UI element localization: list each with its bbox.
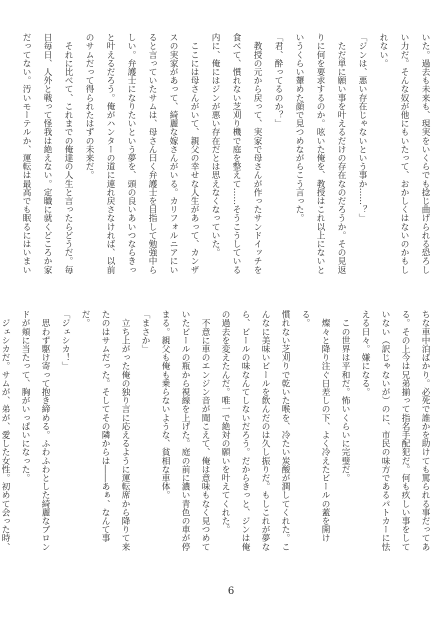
- text-line: 不意に車のエンジン音が聞こえて、俺は意味もなく見つめて: [195, 310, 215, 552]
- text-line: スの実家があって、綺麗な嫁さんがいる。カリフォルニアにい: [162, 33, 183, 275]
- text-line: だってない。汚いモーテルか、運転は最高でも眠るにはいまい: [15, 33, 36, 275]
- text-line: 思わず駆け寄って抱き締める。ふわふわとした綺麗なブロン: [35, 310, 55, 552]
- text-line: いない（訳じゃないが）のに、市民の味方であるパトカーに怯: [375, 310, 395, 552]
- text-line: 内に、俺にはジンが悪い存在だとは思えなくなっていた。: [204, 33, 225, 275]
- text-line: 立ち上がった俺の独り言に応えるように運転席から降りて来: [115, 310, 135, 552]
- text-line: える日々。嫌になる。: [355, 310, 375, 552]
- text-line: 食べて、慣れない芝刈り機で庭を整えて……そうこうしている: [225, 33, 246, 275]
- text-block-upper: いた。過去も未来も、現実をいくらでも捻じ曲げられる恐ろしい力だ。そんな奴が他にも…: [14, 33, 435, 275]
- text-line: んなに美味いビールを飲んだのは久し振りだ。もしこれが夢な: [255, 310, 275, 552]
- text-line: ここには母さんがいて、親父の幸せな人生があって、カンザ: [183, 33, 204, 275]
- text-line: まる。親父も俺も乗らないような、貧相な車体。: [155, 310, 175, 552]
- page-number: 6: [224, 586, 238, 597]
- text-line: 日毎日、人外と戦って怪我は絶えない。定職に就くどころか家: [36, 33, 57, 275]
- text-line: 「ジェシカ！」: [55, 310, 75, 552]
- text-line: 燦々と降り注ぐ日差しの下、よく冷えたビールの蓋を開ける。: [295, 310, 335, 552]
- text-line: ら、ビールの味なんてしないだろう。だからきっと、ジンは俺: [235, 310, 255, 552]
- text-line: の過去を変えたんだ。唯一で絶対の願いを叶えてくれた。: [215, 310, 235, 552]
- text-line: る。その上今は兄弟揃って指名手配犯だ。何も疚しい事をして: [395, 310, 415, 552]
- text-line: 「ジンは、悪い存在じゃないという事か……？」: [351, 33, 372, 275]
- text-line: ジェシカだ。サムが、弟が、愛した女性。初めて会った時、: [0, 310, 15, 552]
- text-line: ると言っていたサムは、母さん曰く弁護士を目指して勉強中ら: [141, 33, 162, 275]
- text-line: ただ単に願い事を叶えるだけの存在なのだろうか。その見返: [330, 33, 351, 275]
- text-line: ちな車中泊ばかり。必死で誰かを助けても罵られる事だってあ: [415, 310, 435, 552]
- text-line: りに何を要求するのか。呟いた俺を、教授はこれ以上にないと: [309, 33, 330, 275]
- text-line: 「君、酔ってるのか？」: [267, 33, 288, 275]
- book-page: いた。過去も未来も、現実をいくらでも捻じ曲げられる恐ろしい力だ。そんな奴が他にも…: [0, 0, 437, 620]
- text-line: たのはサムだった。そしてその隣からは――あぁ、なんて事だ。: [75, 310, 115, 552]
- text-line: それに比べて、これまでの俺達の人生と言ったらどうだ。毎: [57, 33, 78, 275]
- text-line: ドが頬に当たって、胸がいっぱいになった。: [15, 310, 35, 552]
- text-block-lower: ちな車中泊ばかり。必死で誰かを助けても罵られる事だってある。その上今は兄弟揃って…: [14, 310, 435, 552]
- text-line: 教授の元から戻って、実家で母さんが作ったサンドイッチを: [246, 33, 267, 275]
- text-line: と叶えるだろう。俺がハンターの道に連れ戻さなければ、以前: [99, 33, 120, 275]
- text-line: しい。弁護士になりたいという夢を、頭の良いあいつならきっ: [120, 33, 141, 275]
- text-line: いうくらい顰めた顔で見つめながらこう言った。: [288, 33, 309, 275]
- text-line: 「まさか」: [135, 310, 155, 552]
- text-line: いた。過去も未来も、現実をいくらでも捻じ曲げられる恐ろし: [414, 33, 435, 275]
- text-line: この世界は平和だ。怖いくらいに完璧だ。: [335, 310, 355, 552]
- text-line: い力だ。そんな奴が他にもいたって、おかしくはないのかもし: [393, 33, 414, 275]
- text-line: 慣れない芝刈りで乾いた喉を、冷たい炭酸が潤してくれた。こ: [275, 310, 295, 552]
- text-line: のサムだって得られたはずの未来だ。: [78, 33, 99, 275]
- text-line: れない。: [372, 33, 393, 275]
- text-line: いたビールの瓶から視線を上げた。庭の前に濃い青色の車が停: [175, 310, 195, 552]
